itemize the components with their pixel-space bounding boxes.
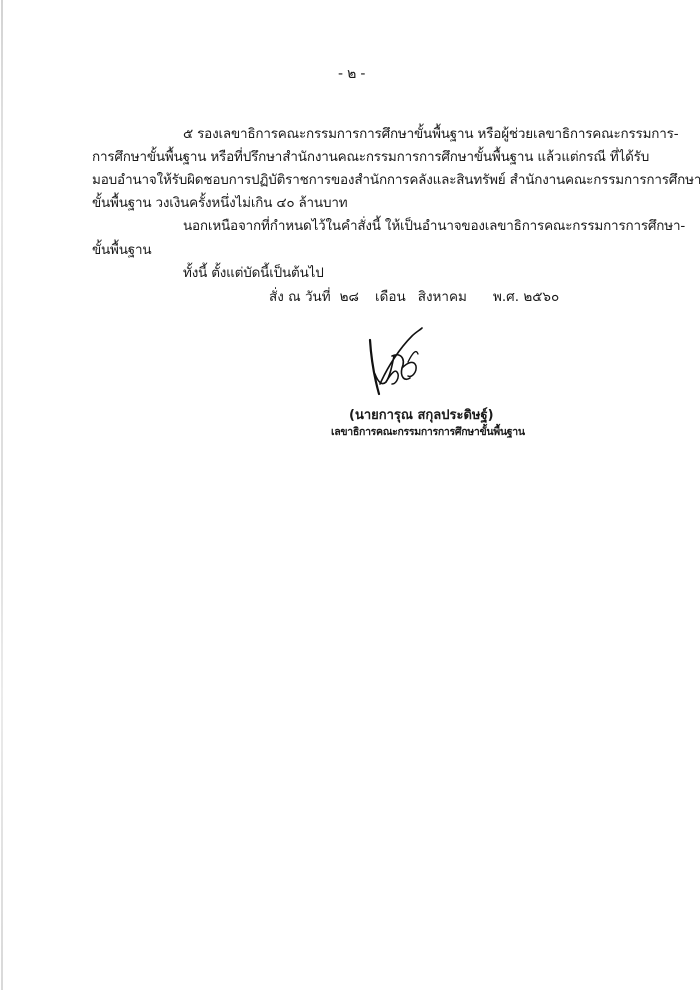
paragraph-1-line-1: ๕ รองเลขาธิการคณะกรรมการการศึกษาขั้นพื้น… [183, 124, 678, 144]
signer-title: เลขาธิการคณะกรรมการการศึกษาขั้นพื้นฐาน [331, 424, 525, 440]
paragraph-2-line-1: นอกเหนือจากที่กำหนดไว้ในคำสั่งนี้ ให้เป็… [183, 216, 685, 236]
signature-icon [366, 326, 436, 398]
paragraph-1-line-4: ขั้นพื้นฐาน วงเงินครั้งหนึ่งไม่เกิน ๔๐ ล… [92, 193, 347, 213]
order-date-year-label: พ.ศ. [493, 287, 519, 307]
order-date-day: ๒๘ [340, 287, 359, 307]
closing-statement: ทั้งนี้ ตั้งแต่บัดนี้เป็นต้นไป [183, 263, 324, 283]
order-date-prefix: สั่ง ณ วันที่ [269, 287, 331, 307]
order-date-month-label: เดือน [375, 287, 406, 307]
scan-edge-shadow [1, 0, 3, 990]
paragraph-1-line-3: มอบอำนาจให้รับผิดชอบการปฏิบัติราชการของส… [92, 170, 700, 190]
document-page: - ๒ - ๕ รองเลขาธิการคณะกรรมการการศึกษาขั… [0, 0, 700, 990]
order-date-month: สิงหาคม [418, 287, 467, 307]
signer-name: (นายการุณ สกุลประดิษฐ์) [349, 407, 494, 425]
paragraph-2-line-2: ขั้นพื้นฐาน [92, 240, 151, 260]
order-date-year: ๒๕๖๐ [523, 287, 559, 307]
page-number: - ๒ - [338, 64, 365, 84]
paragraph-1-line-2: การศึกษาขั้นพื้นฐาน หรือที่ปรึกษาสำนักงา… [92, 147, 649, 167]
order-date: สั่ง ณ วันที่๒๘เดือนสิงหาคมพ.ศ. ๒๕๖๐ [269, 287, 559, 307]
